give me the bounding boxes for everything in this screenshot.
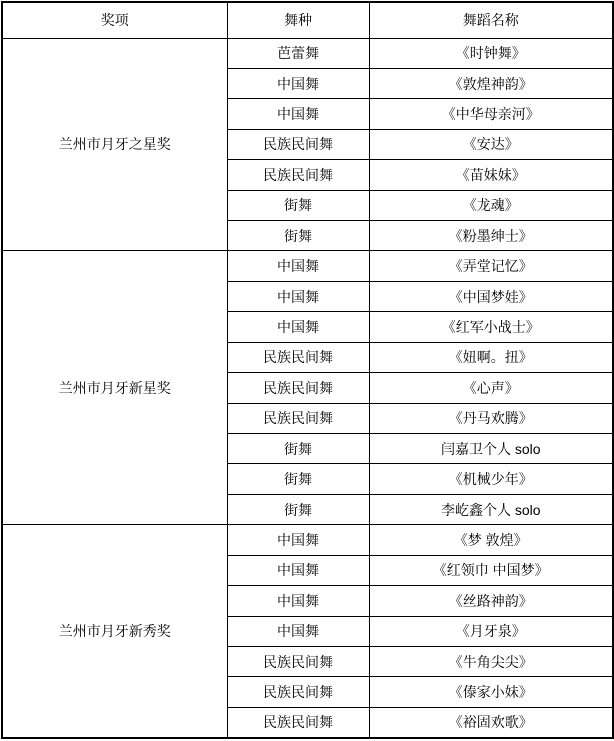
dance-name-cell: 《心声》 (369, 373, 613, 403)
table-row: 兰州市月牙之星奖 芭蕾舞 《时钟舞》 (2, 38, 613, 68)
awards-table: 奖项 舞种 舞蹈名称 兰州市月牙之星奖 芭蕾舞 《时钟舞》 中国舞 《敦煌神韵》… (1, 1, 614, 739)
dance-name-cell: 《红军小战士》 (369, 312, 613, 342)
dance-type-cell: 街舞 (227, 221, 369, 251)
dance-type-cell: 街舞 (227, 494, 369, 524)
dance-type-cell: 中国舞 (227, 312, 369, 342)
dance-type-cell: 中国舞 (227, 525, 369, 555)
award-group-cell: 兰州市月牙新星奖 (2, 251, 227, 525)
dance-type-cell: 民族民间舞 (227, 373, 369, 403)
dance-name-cell: 《机械少年》 (369, 464, 613, 494)
dance-type-cell: 中国舞 (227, 99, 369, 129)
dance-type-cell: 民族民间舞 (227, 342, 369, 372)
dance-name-cell: 《时钟舞》 (369, 38, 613, 68)
dance-name-cell: 《安达》 (369, 129, 613, 159)
dance-type-cell: 民族民间舞 (227, 160, 369, 190)
dance-type-cell: 芭蕾舞 (227, 38, 369, 68)
dance-name-cell: 闫嘉卫个人 solo (369, 433, 613, 463)
dance-name-cell: 李屹鑫个人 solo (369, 494, 613, 524)
dance-type-cell: 民族民间舞 (227, 129, 369, 159)
dance-name-cell: 《中国梦娃》 (369, 281, 613, 311)
dance-type-cell: 民族民间舞 (227, 677, 369, 707)
column-header-dance-name: 舞蹈名称 (369, 2, 613, 38)
column-header-award: 奖项 (2, 2, 227, 38)
dance-name-cell: 《红领巾 中国梦》 (369, 555, 613, 585)
dance-name-cell: 《敦煌神韵》 (369, 68, 613, 98)
dance-type-cell: 街舞 (227, 464, 369, 494)
dance-name-cell: 《裕固欢歌》 (369, 707, 613, 738)
dance-name-cell: 《苗妹妹》 (369, 160, 613, 190)
dance-type-cell: 民族民间舞 (227, 646, 369, 676)
dance-type-cell: 民族民间舞 (227, 403, 369, 433)
dance-name-cell: 《梦 敦煌》 (369, 525, 613, 555)
header-row: 奖项 舞种 舞蹈名称 (2, 2, 613, 38)
dance-name-cell: 《龙魂》 (369, 190, 613, 220)
dance-name-cell: 《牛角尖尖》 (369, 646, 613, 676)
dance-name-cell: 《丹马欢腾》 (369, 403, 613, 433)
dance-name-cell: 《丝路神韵》 (369, 586, 613, 616)
dance-type-cell: 中国舞 (227, 251, 369, 281)
award-group-cell: 兰州市月牙之星奖 (2, 38, 227, 251)
table-row: 兰州市月牙新秀奖 中国舞 《梦 敦煌》 (2, 525, 613, 555)
dance-type-cell: 街舞 (227, 190, 369, 220)
dance-type-cell: 中国舞 (227, 68, 369, 98)
dance-name-cell: 《弄堂记忆》 (369, 251, 613, 281)
column-header-dance-type: 舞种 (227, 2, 369, 38)
dance-type-cell: 街舞 (227, 433, 369, 463)
dance-type-cell: 民族民间舞 (227, 707, 369, 738)
award-group-cell: 兰州市月牙新秀奖 (2, 525, 227, 738)
dance-name-cell: 《月牙泉》 (369, 616, 613, 646)
dance-type-cell: 中国舞 (227, 281, 369, 311)
dance-name-cell: 《妞啊。扭》 (369, 342, 613, 372)
dance-type-cell: 中国舞 (227, 616, 369, 646)
dance-type-cell: 中国舞 (227, 555, 369, 585)
dance-name-cell: 《粉墨绅士》 (369, 221, 613, 251)
dance-name-cell: 《中华母亲河》 (369, 99, 613, 129)
dance-name-cell: 《傣家小妹》 (369, 677, 613, 707)
dance-type-cell: 中国舞 (227, 586, 369, 616)
table-row: 兰州市月牙新星奖 中国舞 《弄堂记忆》 (2, 251, 613, 281)
